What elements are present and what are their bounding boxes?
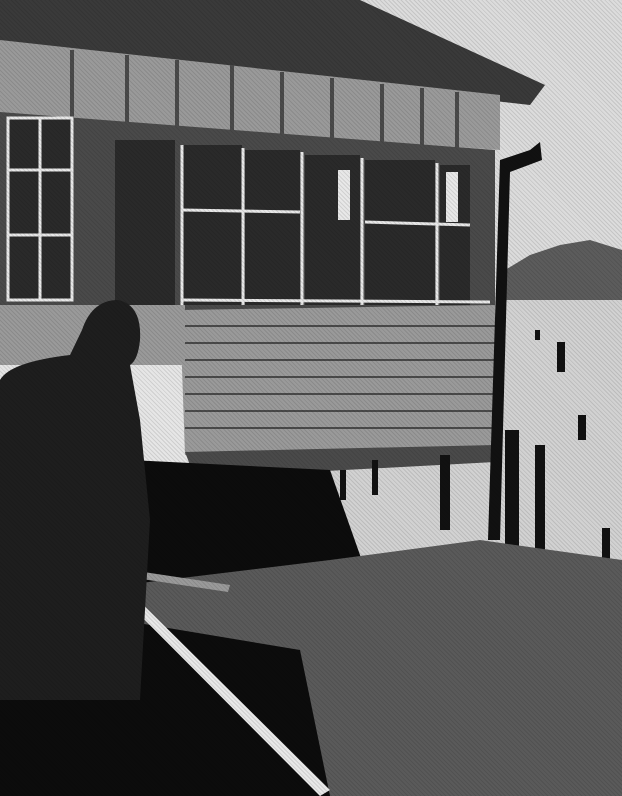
newspaper-photograph <box>0 0 622 796</box>
window-pane-bright <box>338 170 350 220</box>
window-pane-bright-right <box>446 172 458 222</box>
window-center-4 <box>365 160 435 305</box>
doorway <box>115 140 175 310</box>
window-center-1 <box>182 145 242 305</box>
weatherboard-wall <box>180 305 495 455</box>
window-center-2 <box>245 150 300 305</box>
photo-scene <box>0 0 622 796</box>
window-center-3 <box>305 155 360 305</box>
